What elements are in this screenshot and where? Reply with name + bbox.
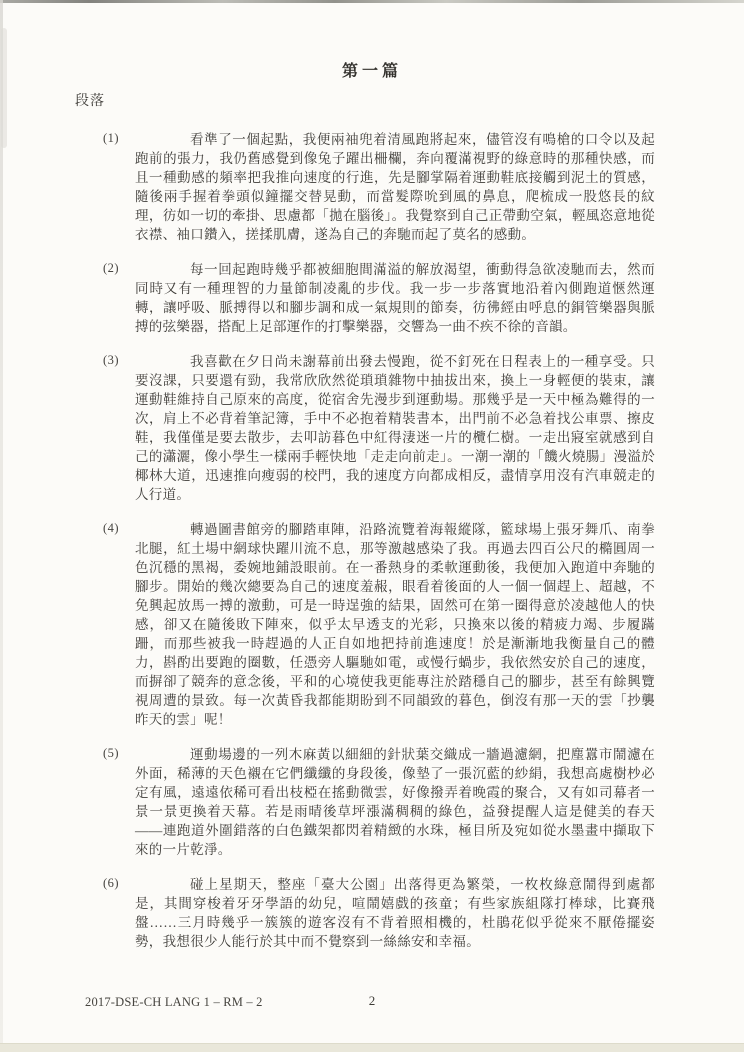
passage-title: 第一篇 <box>0 58 744 81</box>
paragraph-number: (4) <box>103 521 119 536</box>
scan-edge-left-artifact <box>0 0 3 1052</box>
paragraph-number: (1) <box>103 131 119 146</box>
paragraph-number: (6) <box>103 876 119 891</box>
paragraph-text: 每一回起跑時幾乎都被細胞間滿溢的解放渴望，衝動得急欲凌馳而去，然而同時又有一種理… <box>135 260 655 336</box>
scanned-exam-page: 第一篇 段落 (1) 看準了一個起點，我便兩袖兜着清風跑將起來，儘管沒有鳴槍的口… <box>0 0 744 1052</box>
paragraph-number: (2) <box>103 261 119 276</box>
paragraph-item-3: (3) 我喜歡在夕日尚未謝幕前出發去慢跑，從不釘死在日程表上的一種享受。只要沒課… <box>103 352 655 504</box>
paragraph-text: 碰上星期天，整座「臺大公園」出落得更為繁榮，一枚枚綠意鬧得到處都是，其間穿梭着牙… <box>135 875 655 951</box>
paragraph-item-6: (6) 碰上星期天，整座「臺大公園」出落得更為繁榮，一枚枚綠意鬧得到處都是，其間… <box>103 875 655 951</box>
paragraph-number: (3) <box>103 353 119 368</box>
paragraph-list: (1) 看準了一個起點，我便兩袖兜着清風跑將起來，儘管沒有鳴槍的口令以及起跑前的… <box>103 130 655 951</box>
paragraph-text: 我喜歡在夕日尚未謝幕前出發去慢跑，從不釘死在日程表上的一種享受。只要沒課，只要還… <box>135 352 655 504</box>
paragraph-item-5: (5) 運動場邊的一列木麻黃以細細的針狀葉交織成一牆過濾網，把塵囂市鬧濾在外面，… <box>103 745 655 859</box>
section-label: 段落 <box>75 90 105 110</box>
paragraph-item-2: (2) 每一回起跑時幾乎都被細胞間滿溢的解放渴望，衝動得急欲凌馳而去，然而同時又… <box>103 260 655 336</box>
paragraph-item-4: (4) 轉過圖書館旁的腳踏車陣，沿路流覽着海報縱隊，籃球場上張牙舞爪、南拳北腿，… <box>103 520 655 729</box>
paragraph-item-1: (1) 看準了一個起點，我便兩袖兜着清風跑將起來，儘管沒有鳴槍的口令以及起跑前的… <box>103 130 655 244</box>
page-number: 2 <box>0 993 744 1009</box>
paragraph-text: 轉過圖書館旁的腳踏車陣，沿路流覽着海報縱隊，籃球場上張牙舞爪、南拳北腿，紅土場中… <box>135 520 655 729</box>
scan-edge-bottom-artifact <box>0 1043 744 1052</box>
scan-edge-top-artifact <box>0 0 744 3</box>
paragraph-text: 看準了一個起點，我便兩袖兜着清風跑將起來，儘管沒有鳴槍的口令以及起跑前的張力，我… <box>135 130 655 244</box>
paragraph-number: (5) <box>103 746 119 761</box>
scan-smudge-artifact <box>1 28 7 148</box>
paragraph-text: 運動場邊的一列木麻黃以細細的針狀葉交織成一牆過濾網，把塵囂市鬧濾在外面，稀薄的天… <box>135 745 655 859</box>
